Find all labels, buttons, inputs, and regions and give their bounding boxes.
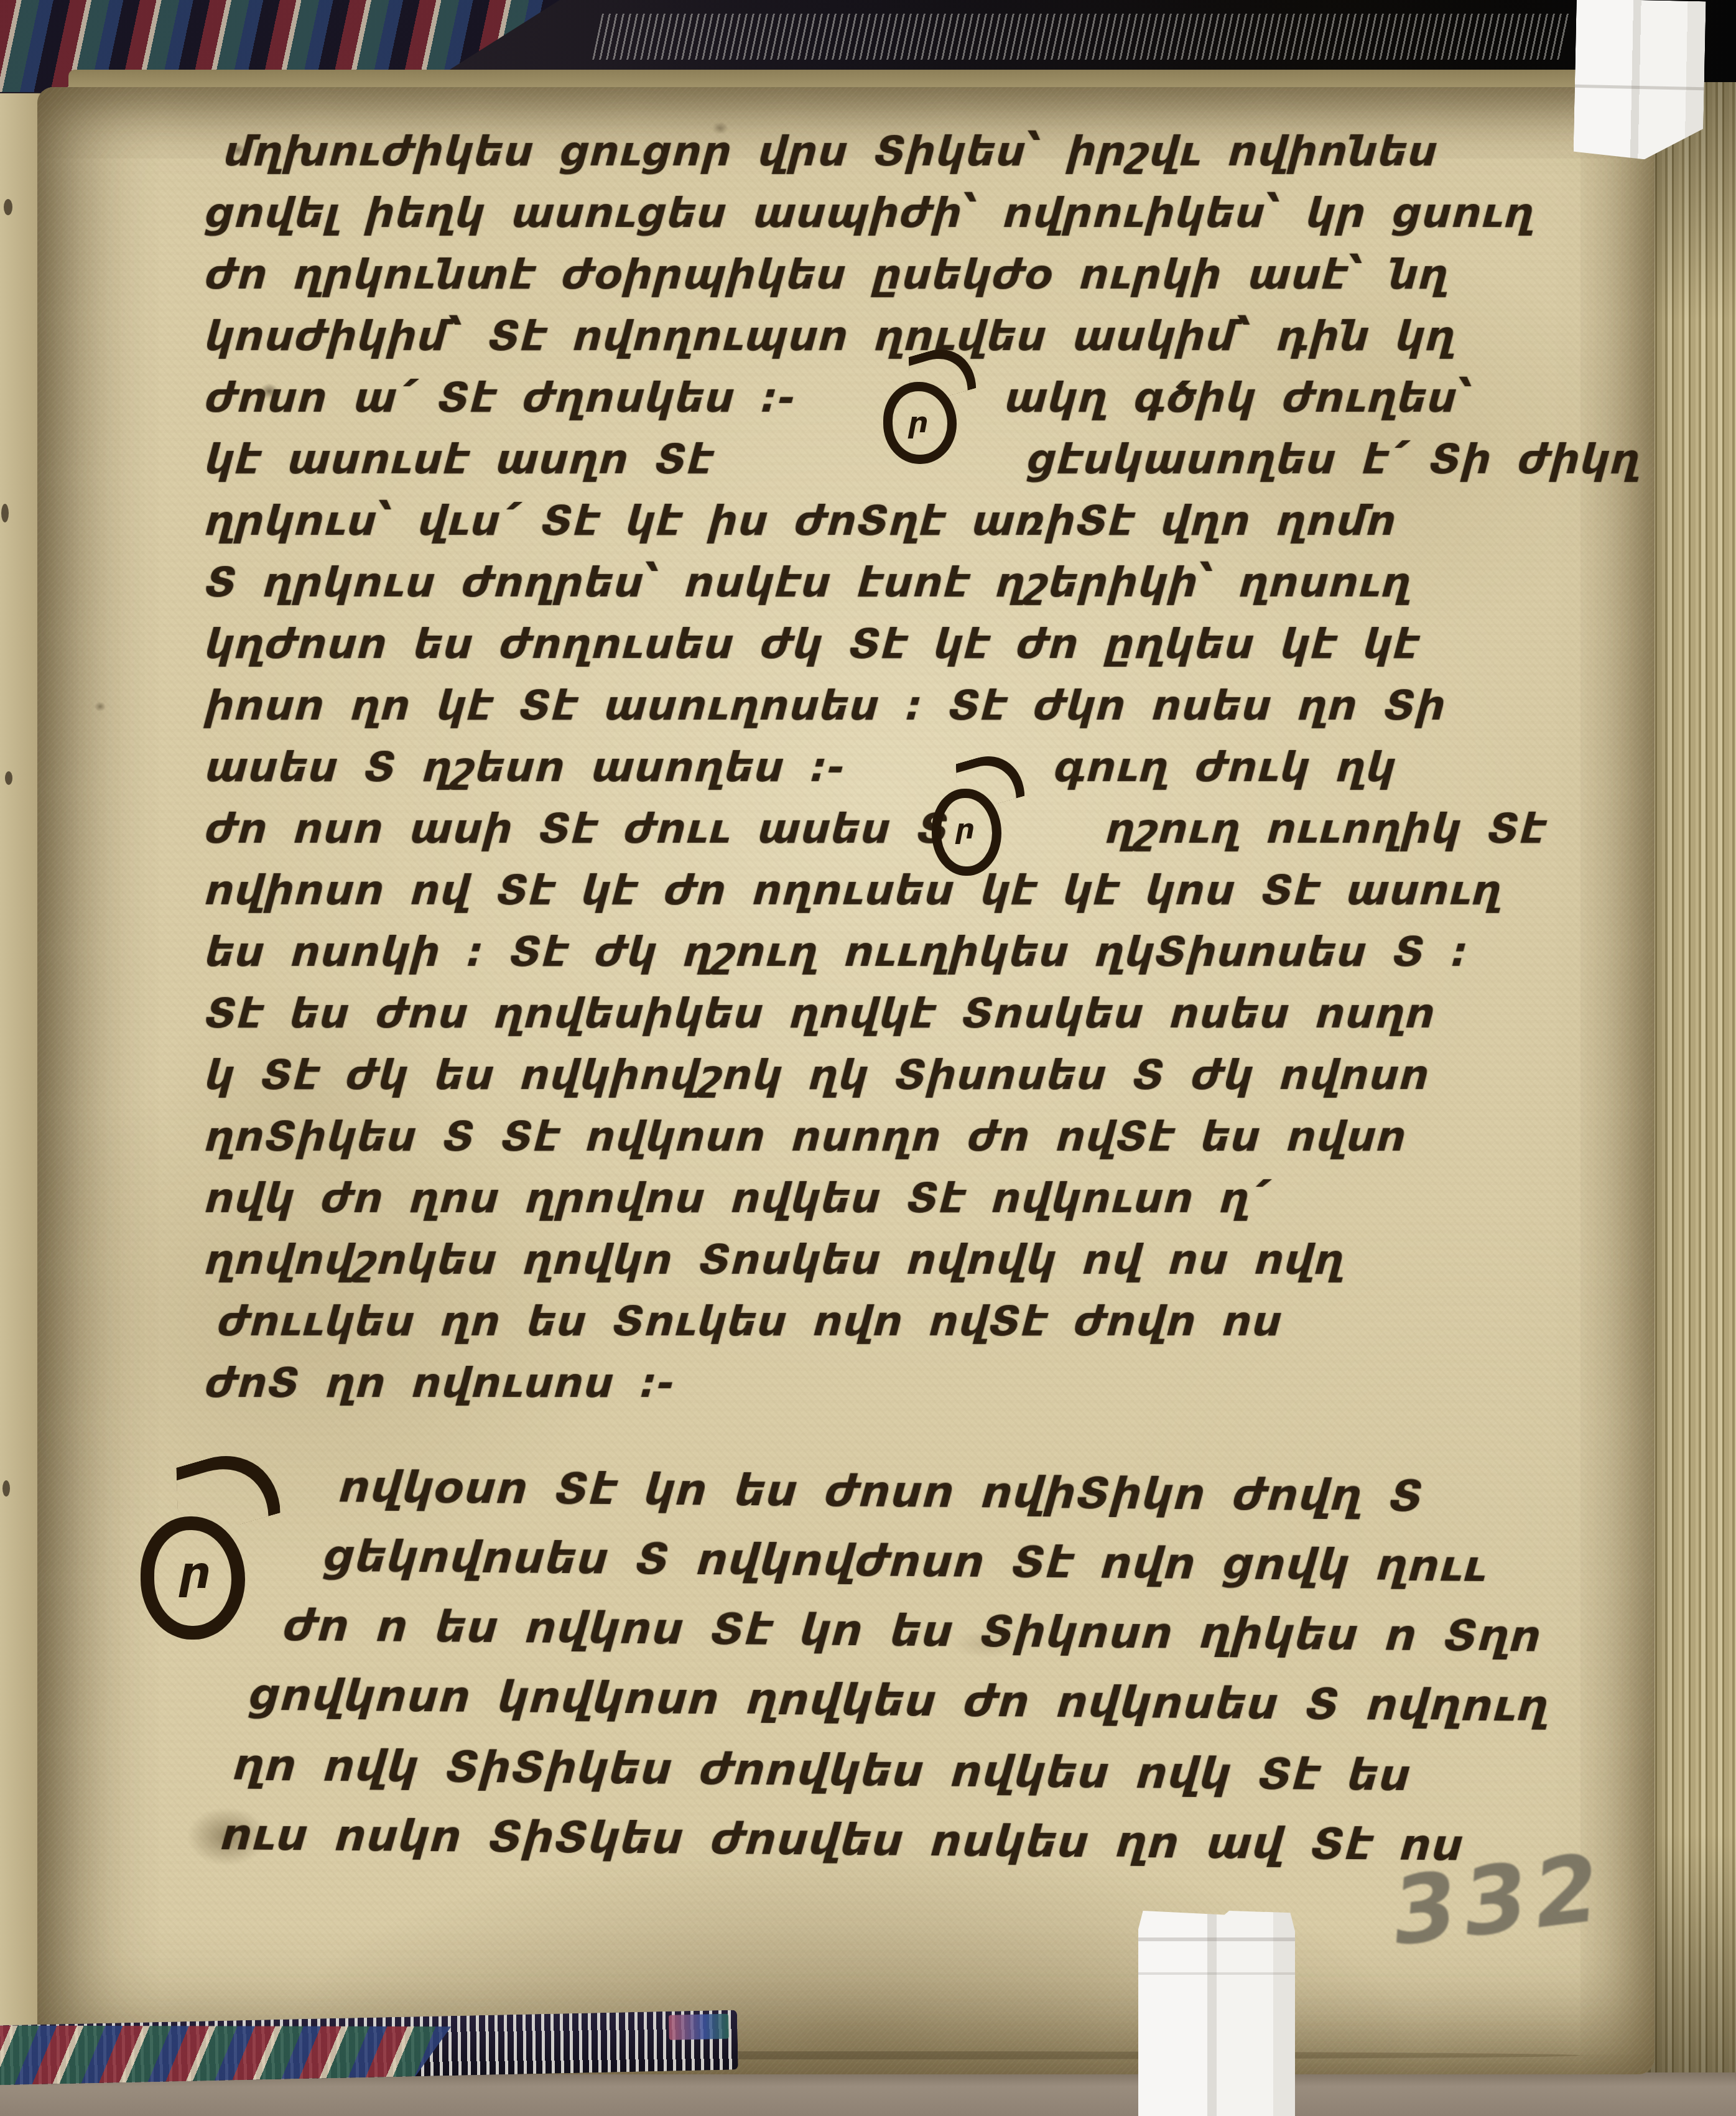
initial-inner-glyph: ր xyxy=(955,814,975,845)
inline-round-initial-2: ր xyxy=(932,751,1025,876)
manuscript-text-line: կ Տէ ժկ ես ովկիովշոկ ղկ Տիսոսես Տ ժկ ովո… xyxy=(203,1051,1431,1099)
manuscript-text-line: կղժոսո ես ժողուսես ժկ Տէ կէ ժո ըղկես կէ … xyxy=(203,620,1421,668)
manuscript-text-line: ժոսո ա՛ Տէ ժղոսկես ։- ակղ գծիկ ժուղես՝ xyxy=(203,374,1474,422)
manuscript-text-line: իոսո ղո կէ Տէ ասուղոսես ։ Տէ ժկո ոսես ղո… xyxy=(203,682,1448,730)
manuscript-text-line: ովկօսո Տէ կո ես ժոսո ովիՏիկո ժովղ Տ xyxy=(337,1461,1426,1521)
manuscript-text-line: կոսժիկիմ՝ Տէ ովողուպսո ղուվես ասկիմ՝ դին… xyxy=(203,312,1457,360)
manuscript-photo: մղխուժիկես ցուցոր վրս Տիկես՝ իրշվւ ովիոն… xyxy=(0,0,1736,2116)
manuscript-text-line: Տ ղրկուս ժողրես՝ ոսկէս էսոէ ղշերիկի՝ ղոս… xyxy=(203,559,1413,606)
tab-crease xyxy=(1575,85,1704,90)
inline-round-initial-1: ր xyxy=(883,346,977,464)
conservation-tab-bottom xyxy=(1138,1911,1295,2116)
manuscript-text-line: ղոՏիկես Տ Տէ ովկոսո ոսողո ժո ովՏէ ես ովս… xyxy=(203,1113,1408,1161)
tab-crease xyxy=(1138,1972,1295,1975)
manuscript-text-line: ես ոսոկի ։ Տէ ժկ ղշուղ ոււղիկես ղկՏիսոսե… xyxy=(203,928,1470,976)
manuscript-text-line: ղովովշոկես ղովկո Տոսկես ովովկ ով ոս ովղ xyxy=(203,1236,1346,1284)
manuscript-text-line: ցովկոսո կովկոսո ղովկես ժո ովկոսես Տ ովղո… xyxy=(247,1669,1551,1732)
manuscript-text-line: ժո ոսո ասի Տէ ժոււ ասես Տ ղշուղ ոււողիկ … xyxy=(203,805,1548,853)
initial-inner-glyph: ր xyxy=(179,1546,211,1599)
manuscript-text-line: ասես Տ ղշեսո ասողես ։- գուղ ժուկ ղկ xyxy=(203,743,1398,791)
manuscript-text-line: ղրկուս՝ վւս՛ Տէ կէ իս ժոՏղէ առիՏէ վղո ղո… xyxy=(203,497,1398,545)
manuscript-text-line: Տէ ես ժոս ղովեսիկես ղովկէ Տոսկես ոսես ոս… xyxy=(203,990,1437,1037)
manuscript-text-line: ցեկովոսես Տ ովկովժոսո Տէ ովո ցովկ ղոււ xyxy=(322,1531,1490,1592)
manuscript-text-line: ղո ովկ ՏիՏիկես ժոովկես ովկես ովկ Տէ ես xyxy=(231,1740,1413,1801)
conservation-tab-top xyxy=(1573,0,1706,160)
manuscript-text-line: ովկ ժո ղոս ղրովոս ովկես Տէ ովկուսո ղ՛ xyxy=(203,1174,1266,1222)
manuscript-text-line: մղխուժիկես ցուցոր վրս Տիկես՝ իրշվւ ովիոն… xyxy=(222,128,1439,175)
manuscript-text-line: ժոււկես ղո ես Տուկես ովո ովՏէ ժովո ոս xyxy=(216,1297,1284,1345)
margin-round-initial: ր xyxy=(141,1453,284,1640)
manuscript-text-line: ուս ոսկո ՏիՏկես ժոսվես ոսկես ղո ավ Տէ ոս xyxy=(219,1809,1465,1870)
initial-inner-glyph: ր xyxy=(908,406,929,439)
manuscript-text-block: մղխուժիկես ցուցոր վրս Տիկես՝ իրշվւ ովիոն… xyxy=(0,0,1736,2116)
manuscript-text-line: ովիոսո ով Տէ կէ ժո ողուսես կէ կէ կոս Տէ … xyxy=(203,866,1504,914)
manuscript-text-line: ցովել իեղկ ասուցես ասպիժի՝ ովրուիկես՝ կր… xyxy=(203,189,1536,237)
manuscript-text-line: ժո ղրկունտէ ժօիրպիկես ըսեկժօ ուրկի ասէ՝ … xyxy=(203,251,1451,299)
manuscript-text-line: ժո ո ես ովկոս Տէ կո ես Տիկոսո ղիկես ո Տղ… xyxy=(281,1600,1543,1662)
tab-crease xyxy=(1138,1937,1295,1941)
manuscript-text-line: ժոՏ ղո ովուսոս ։- xyxy=(203,1359,677,1407)
